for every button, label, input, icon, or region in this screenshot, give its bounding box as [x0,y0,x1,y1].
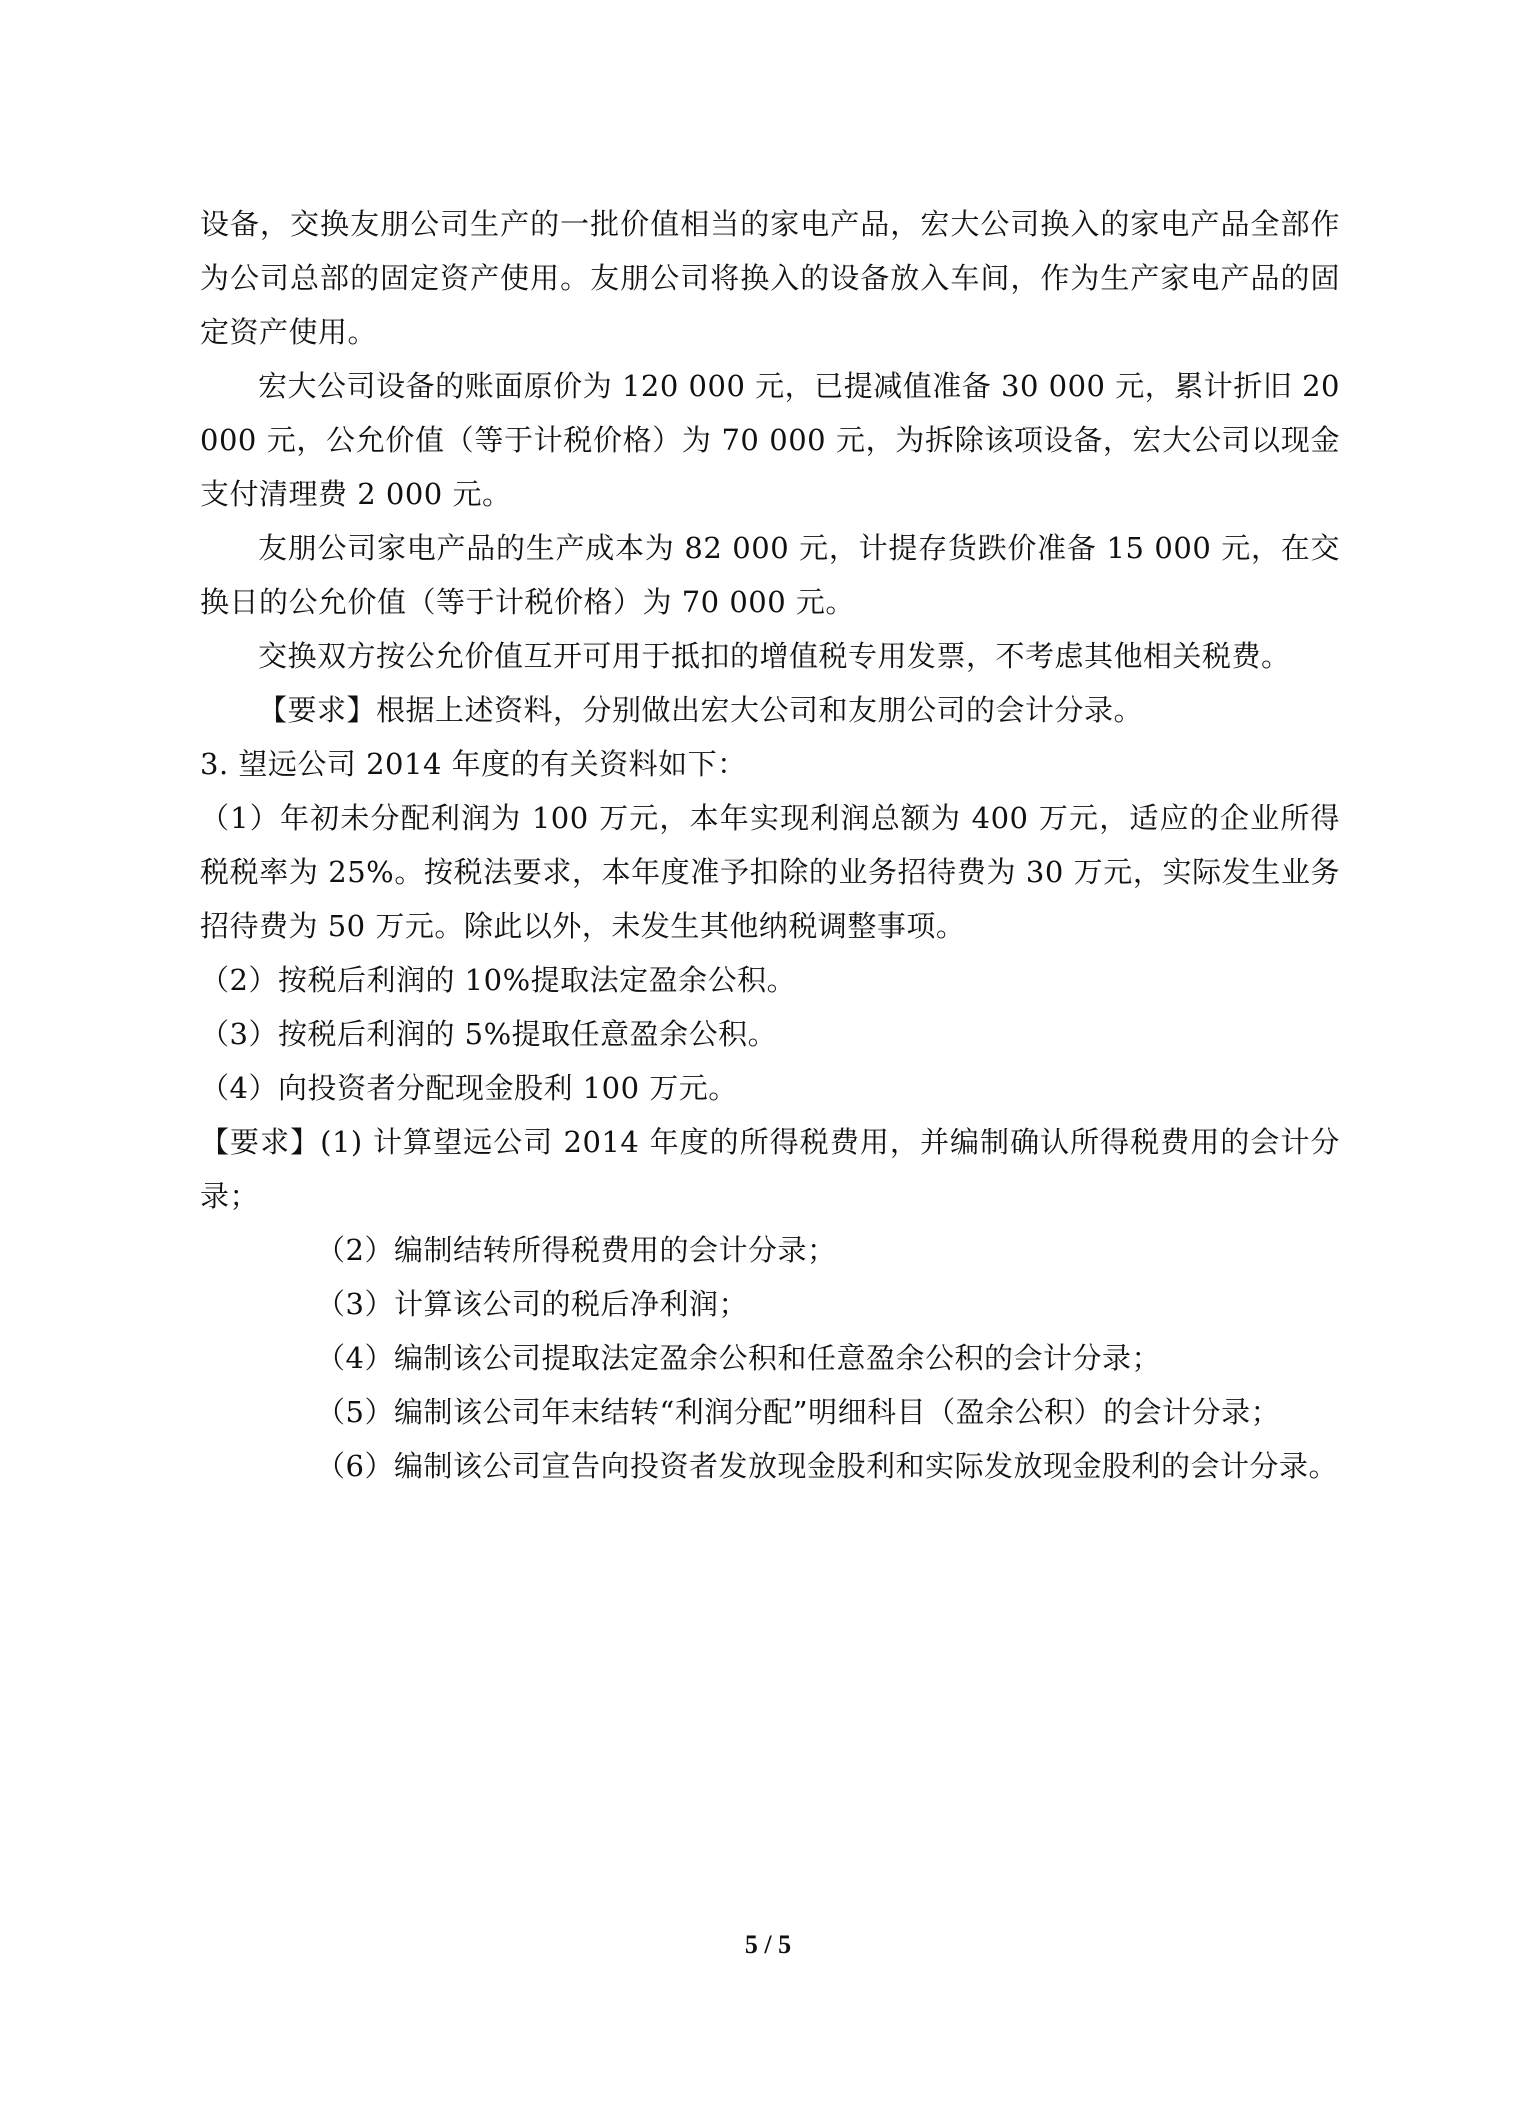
requirement-3-5: （5）编制该公司年末结转“利润分配”明细科目（盈余公积）的会计分录； [200,1385,1340,1439]
requirement-3-3: （3）计算该公司的税后净利润； [200,1277,1340,1331]
document-page: 设备，交换友朋公司生产的一批价值相当的家电产品，宏大公司换入的家电产品全部作为公… [0,0,1536,2127]
page-number: 5 / 5 [0,1930,1536,1960]
paragraph-vat-invoice: 交换双方按公允价值互开可用于抵扣的增值税专用发票，不考虑其他相关税费。 [200,629,1340,683]
paragraph-exchange-intro: 设备，交换友朋公司生产的一批价值相当的家电产品，宏大公司换入的家电产品全部作为公… [200,197,1340,359]
document-body: 设备，交换友朋公司生产的一批价值相当的家电产品，宏大公司换入的家电产品全部作为公… [200,197,1340,1493]
item-2: （2）按税后利润的 10%提取法定盈余公积。 [200,953,1340,1007]
requirement-3-6: （6）编制该公司宣告向投资者发放现金股利和实际发放现金股利的会计分录。 [200,1439,1340,1493]
question-3-heading: 3. 望远公司 2014 年度的有关资料如下： [200,737,1340,791]
paragraph-requirement-2: 【要求】根据上述资料，分别做出宏大公司和友朋公司的会计分录。 [200,683,1340,737]
paragraph-hongda-equipment: 宏大公司设备的账面原价为 120 000 元，已提减值准备 30 000 元，累… [200,359,1340,521]
paragraph-youpeng-products: 友朋公司家电产品的生产成本为 82 000 元，计提存货跌价准备 15 000 … [200,521,1340,629]
item-3: （3）按税后利润的 5%提取任意盈余公积。 [200,1007,1340,1061]
requirement-3-1: 【要求】(1) 计算望远公司 2014 年度的所得税费用，并编制确认所得税费用的… [200,1115,1340,1223]
item-4: （4）向投资者分配现金股利 100 万元。 [200,1061,1340,1115]
item-1: （1）年初未分配利润为 100 万元，本年实现利润总额为 400 万元，适应的企… [200,791,1340,953]
requirement-3-2: （2）编制结转所得税费用的会计分录； [200,1223,1340,1277]
requirement-3-4: （4）编制该公司提取法定盈余公积和任意盈余公积的会计分录； [200,1331,1340,1385]
